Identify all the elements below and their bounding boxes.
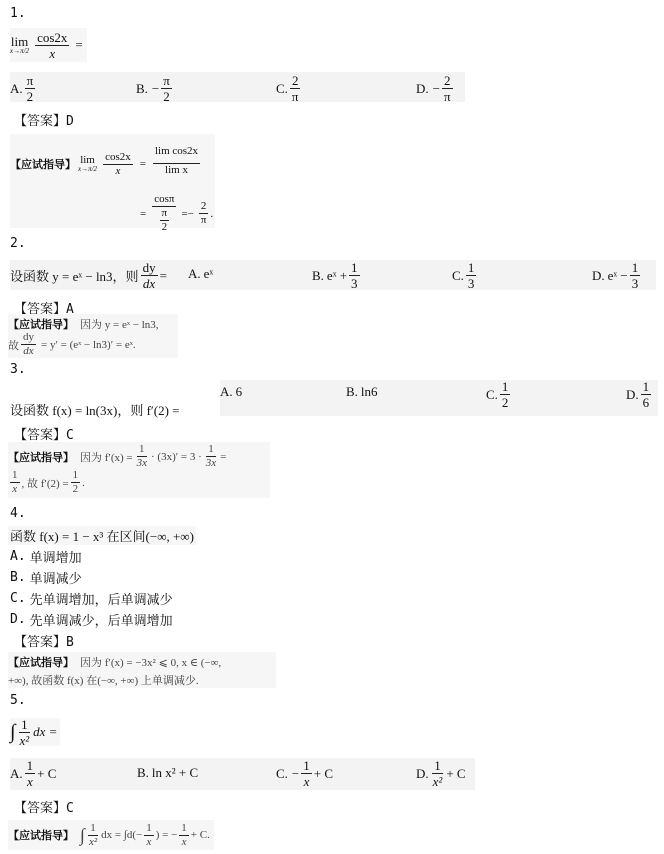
guide-line-1: 【应试指导】 因为 f′(x) = 13x · (3x)′ = 3 · 13x … [8,444,226,469]
option-a[interactable]: A. π2 [10,74,37,103]
numerator: π [25,74,36,89]
option-label: C. [276,766,288,782]
option-value: 6 [236,384,243,400]
stem-text: 设函数 y = eˣ − ln3，则 [10,266,139,285]
option-c[interactable]: C. − 1x + C [276,759,333,788]
option-value: 单调减少 [30,568,82,587]
question-2-stem: 设函数 y = eˣ − ln3，则 dydx = [10,261,167,290]
question-4-stem: 函数 f(x) = 1 − x³ 在区间(−∞, +∞) [8,526,196,545]
numerator: 2 [290,74,301,89]
denominator: x² [17,733,31,747]
numerator: 1 [349,261,360,276]
option-label: A. [10,549,26,564]
option-b[interactable]: B. − π2 [136,74,174,103]
limit-operator: lim x→π/2 [10,35,29,55]
guide-label: 【应试指导】 [8,316,74,332]
option-a[interactable]: A. eˣ [188,266,213,282]
numerator: 1 [144,823,154,836]
question-5-stem: ∫ 1x² dx = [10,718,60,746]
numerator: 1 [466,261,477,276]
question-5-options: A. 1x + C B. ln x² + C C. − 1x + C D. 1x… [10,758,475,790]
numerator: π [160,208,170,221]
fraction: 2π [290,74,301,103]
fraction: 16 [641,380,652,409]
option-d[interactable]: D. eˣ − 13 [592,261,642,290]
denominator: dx [141,276,157,290]
numerator: 1 [10,470,20,483]
minus-sign: − [152,81,159,97]
option-label: D. [592,268,605,284]
question-4-number: 4. [10,506,26,521]
denominator: lim x [163,164,190,182]
denominator: x [180,836,189,848]
numerator: 2 [199,201,209,214]
numerator: lim cos2x [153,146,200,164]
option-a[interactable]: A. 6 [220,384,242,400]
fraction: 1x² [431,759,445,788]
denominator: π [199,214,209,226]
fraction: 13 [466,261,477,290]
fraction: π2 [161,74,172,103]
question-5-guide: 【应试指导】 ∫ 1x² dx = ∫d(− 1x ) = − 1x + C. [8,820,214,850]
option-label: B. [346,384,358,400]
guide-line-1: 【应试指导】 因为 f′(x) = −3x² ⩽ 0, x ∈ (−∞, [8,654,221,670]
denominator: 2 [500,395,511,409]
equals-sign: = [140,158,146,170]
guide-line-2: +∞), 故函数 f(x) 在(−∞, +∞) 上单调减少. [8,672,199,688]
guide-text: = [220,451,226,463]
numerator: 1 [641,380,652,395]
option-label: C. [276,81,288,97]
integral-sign: ∫ [80,825,85,846]
numerator: cos2x [35,31,69,46]
numerator: 2 [442,74,453,89]
numerator: dy [141,261,158,276]
fraction: 13 [349,261,360,290]
denominator: x [25,774,35,788]
option-value: 先单调减少，后单调增加 [30,610,173,629]
fraction: dydx [21,332,36,357]
denominator: π [290,89,301,103]
option-label: B. [10,570,26,585]
option-label: B. [312,268,324,284]
question-1-guide: 【应试指导】 lim x→π/2 cos2xx = lim cos2xlim x… [10,134,215,228]
guide-text: , 故 f′(2) = [22,475,69,491]
guide-label: 【应试指导】 [8,654,74,670]
option-d[interactable]: D. 16 [626,380,653,409]
integral-sign: ∫ [10,721,15,744]
denominator: 6 [641,395,652,409]
guide-text: ) = − [156,829,178,841]
guide-label: 【应试指导】 [8,827,74,843]
denominator: x [10,483,19,495]
option-b[interactable]: B. ln x² + C [137,765,198,781]
option-label: C. [10,591,26,606]
fraction: π2 [25,74,36,103]
numerator: 1 [137,444,147,457]
fraction: 1x [10,470,20,495]
question-3-options: A. 6 B. ln6 C. 12 D. 16 [220,380,658,416]
question-1-stem: lim x→π/2 cos2x x = [10,28,87,62]
question-4-option-c[interactable]: C. 先单调增加，后单调减少 [10,589,173,608]
denominator: dx [21,345,35,357]
numerator: cos2x [103,152,133,165]
question-2-stem-and-options: 设函数 y = eˣ − ln3，则 dydx = A. eˣ B. eˣ + … [10,260,656,290]
result-prefix: =− [181,208,193,220]
option-value: + C [314,766,333,782]
option-value: eˣ − [608,268,628,284]
denominator: x² [87,836,99,848]
guide-text: + C. [191,829,210,841]
stem-text: dx = [33,724,57,740]
denominator: x [47,46,57,60]
option-value: 单调增加 [30,547,82,566]
option-label: D. [416,766,429,782]
numerator: 1 [630,261,641,276]
option-label: B. [137,765,149,781]
question-5-number: 5. [10,693,26,708]
numerator: 1 [71,470,81,483]
fraction: 12 [500,380,511,409]
guide-label: 【应试指导】 [10,156,76,172]
option-label: C. [486,387,498,403]
fraction: 1x [301,759,312,788]
question-1-number: 1. [10,6,26,21]
option-value: ln x² + C [152,765,198,781]
question-4-option-b[interactable]: B. 单调减少 [10,568,82,587]
denominator: 3x [204,457,218,469]
fraction: cos2x x [35,31,69,60]
numerator: π [161,74,172,89]
question-3-number: 3. [10,362,26,377]
question-2-number: 2. [10,236,26,251]
question-4-answer: 【答案】B [14,631,74,650]
fraction: cosπ π2 [152,194,176,233]
denominator: 2 [161,89,172,103]
option-value: + C [446,766,465,782]
question-1-options: A. π2 B. − π2 C. 2π D. − 2π [10,72,465,102]
fraction: 1x² [87,823,99,848]
option-value: 先单调增加，后单调减少 [30,589,173,608]
option-label: D. [10,612,26,627]
option-label: A. [10,81,23,97]
fraction: 2π [199,201,209,226]
guide-text: 因为 f′(x) = [80,449,133,465]
guide-text: 因为 f′(x) = −3x² ⩽ 0, x ∈ (−∞, [80,654,221,670]
question-4-option-d[interactable]: D. 先单调减少，后单调增加 [10,610,173,629]
denominator: 3 [349,276,360,290]
fraction: 2π [442,74,453,103]
numerator: dy [21,332,36,345]
fraction: 1x [25,759,36,788]
option-value: eˣ [204,266,214,282]
fraction: 1x [144,823,154,848]
option-d[interactable]: D. 1x² + C [416,759,466,788]
question-4-option-a[interactable]: A. 单调增加 [10,547,82,566]
numerator: 1 [432,759,443,774]
equals-sign: = [160,268,167,284]
option-d[interactable]: D. − 2π [416,74,455,103]
denominator: x [145,836,154,848]
guide-line-2: = cosπ π2 =− 2π . [140,194,213,233]
numerator: 1 [19,718,30,733]
numerator: 1 [500,380,511,395]
option-label: D. [626,387,639,403]
guide-text: · (3x)′ = 3 · [151,451,202,463]
fraction: 13x [204,444,218,469]
option-a[interactable]: A. 1x + C [10,759,56,788]
fraction: 13x [135,444,149,469]
denominator: π [442,89,453,103]
lim-subscript: x→π/2 [10,48,29,55]
option-label: C. [452,268,464,284]
option-c[interactable]: C. 12 [486,380,512,409]
fraction: 13 [630,261,641,290]
fraction: 1x [179,823,189,848]
guide-line-2: 故 dydx = y′ = (eˣ − ln3)′ = eˣ. [8,332,136,357]
minus-sign: − [433,81,440,97]
fraction: dydx [141,261,158,290]
denominator: x² [431,774,445,788]
period: . [210,208,213,220]
numerator: 1 [206,444,216,457]
option-value: ln6 [361,384,378,400]
option-label: A. [10,766,23,782]
denominator: 3 [630,276,641,290]
guide-label: 【应试指导】 [8,449,74,465]
guide-prefix: 故 [8,337,19,353]
fraction: 1x² [17,718,31,747]
question-3-answer: 【答案】C [14,424,74,443]
fraction: lim cos2xlim x [153,146,200,182]
numerator: 1 [25,759,36,774]
guide-line-2: 1x , 故 f′(2) = 12 . [8,470,85,495]
guide-text: dx = ∫d(− [101,829,142,841]
guide-line-1: 【应试指导】 因为 y = eˣ − ln3, [8,316,159,332]
option-c[interactable]: C. 13 [452,261,478,290]
denominator: 2 [71,483,81,495]
question-1-answer: 【答案】D [14,110,74,129]
lim-subscript: x→π/2 [78,166,97,173]
denominator: 3 [466,276,477,290]
equals-sign: = [140,208,146,220]
fraction: 12 [71,470,81,495]
guide-text: = y′ = (eˣ − ln3)′ = eˣ. [41,339,136,351]
option-label: D. [416,81,429,97]
option-label: A. [188,266,201,282]
denominator: 3x [135,457,149,469]
denominator: x [113,165,122,177]
equals-sign: = [75,37,82,53]
numerator: 1 [88,823,98,836]
option-value: eˣ + [327,268,347,284]
denominator: 2 [160,221,170,233]
numerator: 1 [179,823,189,836]
guide-text: 因为 y = eˣ − ln3, [80,316,159,332]
minus-sign: − [292,766,299,782]
question-2-guide: 【应试指导】 因为 y = eˣ − ln3, 故 dydx = y′ = (e… [8,314,178,358]
option-c[interactable]: C. 2π [276,74,303,103]
question-4-guide: 【应试指导】 因为 f′(x) = −3x² ⩽ 0, x ∈ (−∞, +∞)… [8,652,276,688]
option-label: A. [220,384,233,400]
numerator: 1 [301,759,312,774]
period: . [82,477,85,489]
limit-operator: lim x→π/2 [78,155,97,173]
option-value: + C [37,766,56,782]
numerator: cosπ [152,194,176,207]
denominator: 2 [25,89,36,103]
question-3-stem: 设函数 f(x) = ln(3x)，则 f′(2) = [10,400,180,419]
denominator: x [302,774,312,788]
denominator: π2 [156,207,174,233]
fraction: cos2xx [103,152,133,177]
question-3-guide: 【应试指导】 因为 f′(x) = 13x · (3x)′ = 3 · 13x … [8,442,270,498]
option-label: B. [136,81,148,97]
option-b[interactable]: B. ln6 [346,384,378,400]
guide-line-1: lim x→π/2 cos2xx = lim cos2xlim x [78,146,202,182]
question-5-answer: 【答案】C [14,797,74,816]
option-b[interactable]: B. eˣ + 13 [312,261,362,290]
